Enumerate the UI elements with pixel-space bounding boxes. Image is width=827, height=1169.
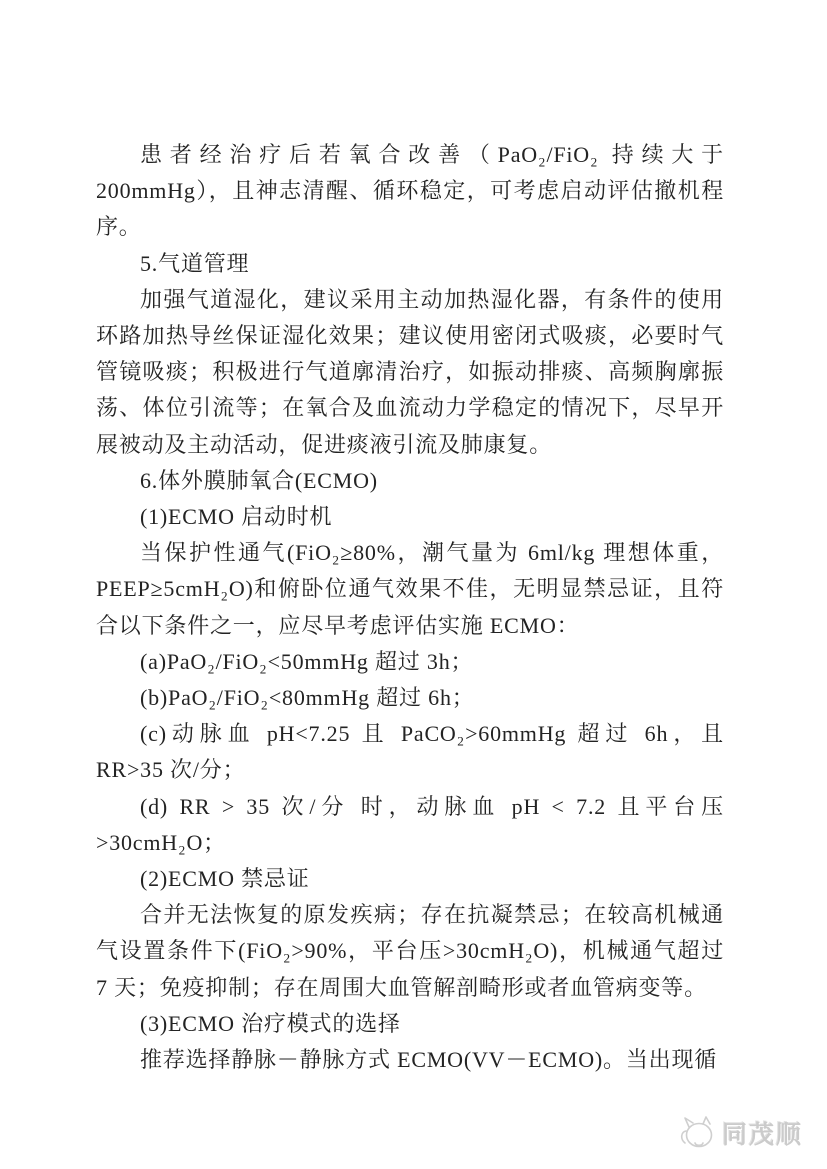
paragraph-airway-humidification: 加强气道湿化，建议采用主动加热湿化器，有条件的使用环路加热导丝保证湿化效果；建议… bbox=[96, 282, 724, 463]
cat-sketch-icon bbox=[678, 1116, 716, 1150]
list-item-criterion-b: (b)PaO₂/FiO₂<80mmHg 超过 6h； bbox=[96, 680, 724, 716]
subheading-ecmo-mode-selection: (3)ECMO 治疗模式的选择 bbox=[96, 1006, 724, 1042]
paragraph-ecmo-mode: 推荐选择静脉－静脉方式 ECMO(VV－ECMO)。当出现循 bbox=[96, 1042, 724, 1078]
heading-ecmo: 6.体外膜肺氧合(ECMO) bbox=[96, 463, 724, 499]
document-body: 患者经治疗后若氧合改善（PaO₂/FiO₂ 持续大于200mmHg），且神志清醒… bbox=[96, 137, 724, 1078]
subheading-ecmo-contraindications: (2)ECMO 禁忌证 bbox=[96, 861, 724, 897]
heading-airway-management: 5.气道管理 bbox=[96, 246, 724, 282]
list-item-criterion-c: (c)动脉血 pH<7.25 且 PaCO₂>60mmHg 超过 6h，且 RR… bbox=[96, 716, 724, 788]
paragraph-ecmo-contraindications: 合并无法恢复的原发疾病；存在抗凝禁忌；在较高机械通气设置条件下(FiO₂>90%… bbox=[96, 897, 724, 1006]
list-item-criterion-d: (d) RR > 35 次/分 时，动脉血 pH < 7.2 且平台压>30cm… bbox=[96, 789, 724, 861]
watermark-brand: 同茂顺 bbox=[722, 1115, 803, 1151]
watermark: 同茂顺 bbox=[678, 1115, 803, 1151]
list-item-criterion-a: (a)PaO₂/FiO₂<50mmHg 超过 3h； bbox=[96, 644, 724, 680]
paragraph-ecmo-criteria-intro: 当保护性通气(FiO₂≥80%，潮气量为 6ml/kg 理想体重，PEEP≥5c… bbox=[96, 535, 724, 644]
paragraph-weaning: 患者经治疗后若氧合改善（PaO₂/FiO₂ 持续大于200mmHg），且神志清醒… bbox=[96, 137, 724, 246]
subheading-ecmo-initiation: (1)ECMO 启动时机 bbox=[96, 499, 724, 535]
document-page: 患者经治疗后若氧合改善（PaO₂/FiO₂ 持续大于200mmHg），且神志清醒… bbox=[0, 0, 827, 1169]
